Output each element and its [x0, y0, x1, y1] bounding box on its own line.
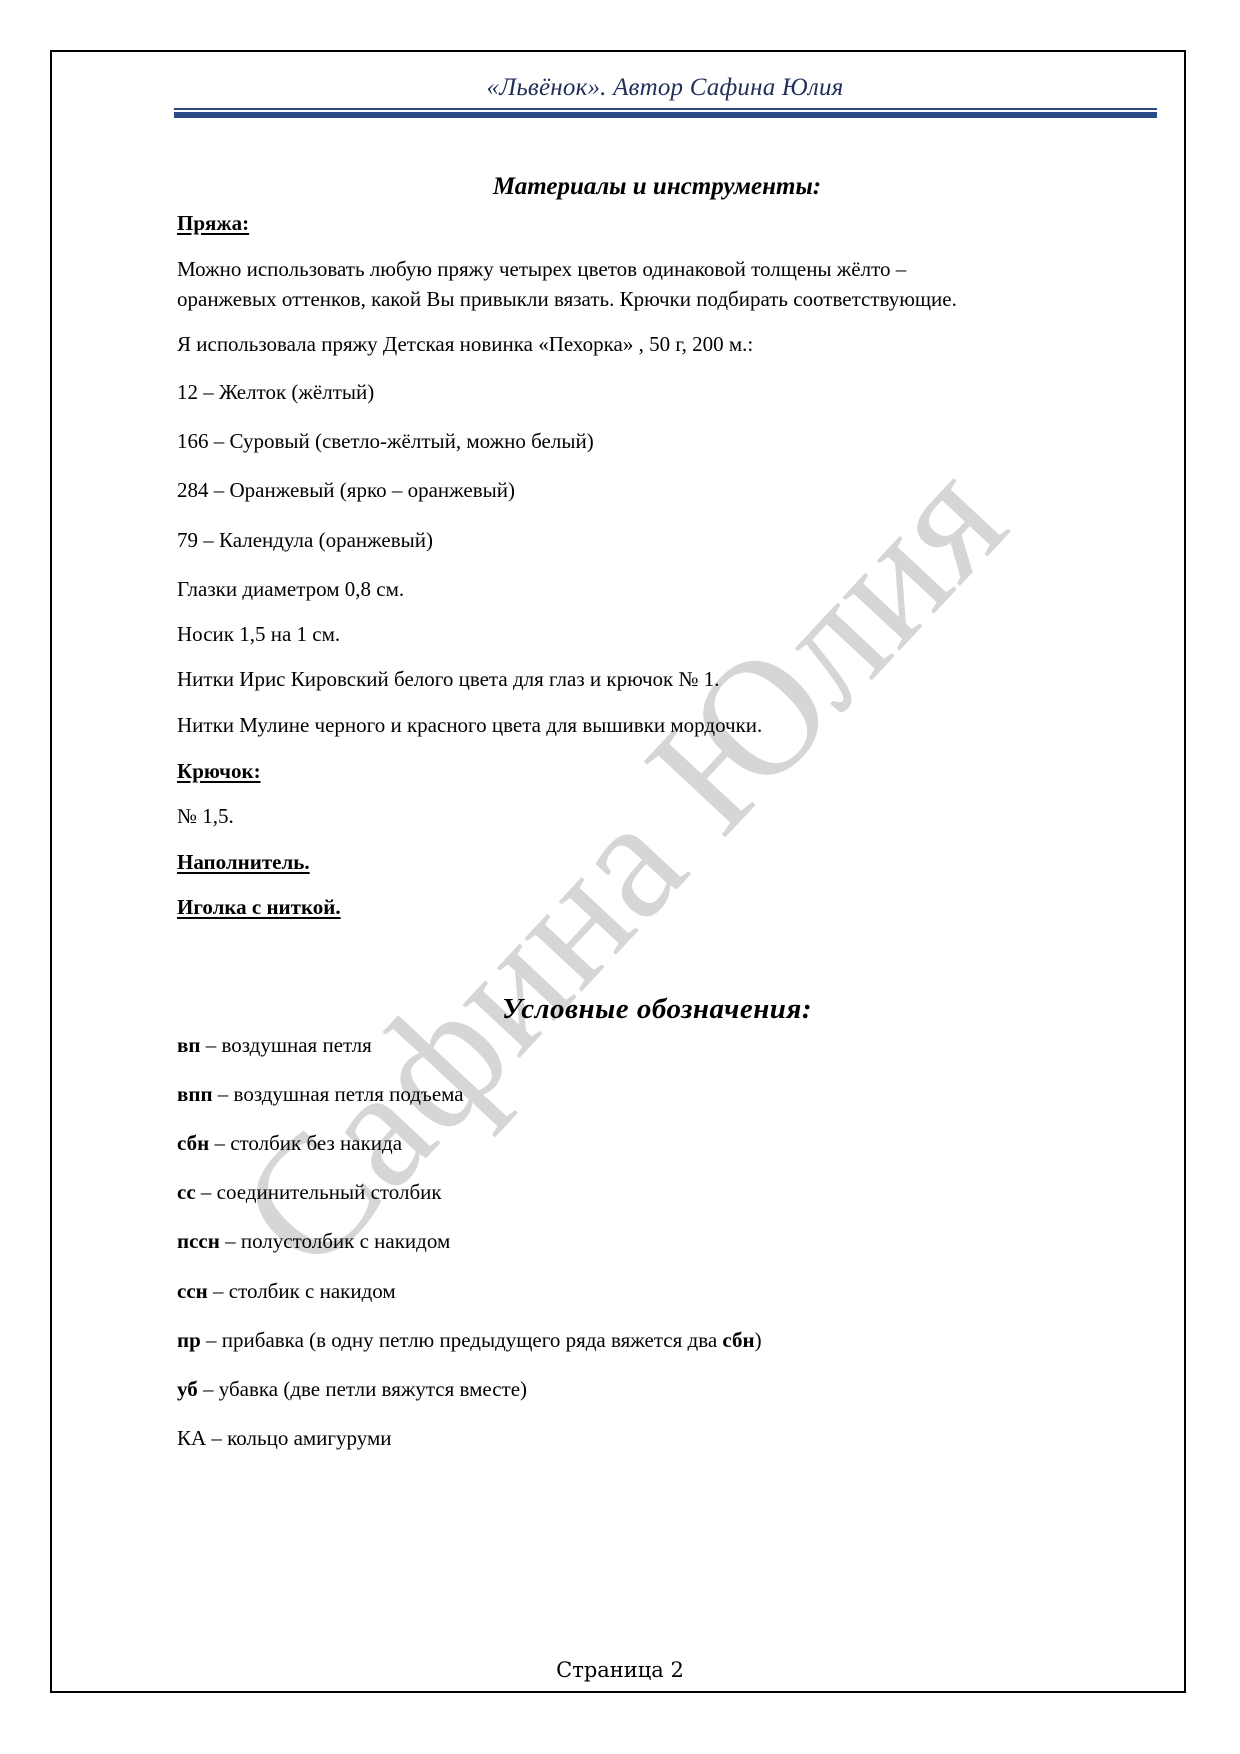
legend-desc: – полустолбик с накидом [220, 1229, 450, 1253]
legend-abbr: сс [177, 1180, 196, 1204]
legend-item: впп – воздушная петля подъема [177, 1082, 464, 1107]
legend-item: ссн – столбик с накидом [177, 1279, 396, 1304]
legend-abbr: вп [177, 1033, 200, 1057]
legend-desc: – столбик с накидом [208, 1279, 396, 1303]
needle-heading: Иголка с ниткой. [177, 895, 341, 920]
legend-item: КА – кольцо амигуруми [177, 1426, 392, 1451]
yarn-heading: Пряжа: [177, 211, 249, 236]
yarn-intro-line-2: оранжевых оттенков, какой Вы привыкли вя… [177, 287, 957, 312]
eyes-spec: Глазки диаметром 0,8 см. [177, 577, 404, 602]
legend-abbr: ссн [177, 1279, 208, 1303]
legend-desc: – воздушная петля подъема [213, 1082, 464, 1106]
legend-desc-tail: ) [755, 1328, 762, 1352]
yarn-color-item: 79 – Календула (оранжевый) [177, 528, 433, 553]
header-rule [174, 108, 1157, 110]
legend-item: сбн – столбик без накида [177, 1131, 402, 1156]
legend-item: уб – убавка (две петли вяжутся вместе) [177, 1377, 527, 1402]
yarn-color-item: 166 – Суровый (светло-жёлтый, можно белы… [177, 429, 594, 454]
legend-abbr: уб [177, 1377, 198, 1401]
yarn-intro-line-1: Можно использовать любую пряжу четырех ц… [177, 257, 906, 282]
legend-desc: – столбик без накида [209, 1131, 402, 1155]
legend-abbr: сбн [177, 1131, 209, 1155]
legend-item: сс – соединительный столбик [177, 1180, 442, 1205]
legend-item: вп – воздушная петля [177, 1033, 372, 1058]
legend-desc: – прибавка (в одну петлю предыдущего ряд… [201, 1328, 723, 1352]
legend-desc-bold: сбн [722, 1328, 754, 1352]
legend-title: Условные обозначения: [177, 993, 1137, 1026]
yarn-color-item: 12 – Желток (жёлтый) [177, 380, 374, 405]
hook-value: № 1,5. [177, 804, 234, 829]
thread-iris: Нитки Ирис Кировский белого цвета для гл… [177, 667, 720, 692]
page-number: Страница 2 [0, 1658, 1240, 1682]
filler-heading: Наполнитель. [177, 850, 310, 875]
document-header-title: «Львёнок». Автор Сафина Юлия [175, 74, 1155, 102]
legend-desc: КА – кольцо амигуруми [177, 1426, 392, 1450]
header-rule-thick [174, 112, 1157, 118]
hook-heading: Крючок: [177, 759, 261, 784]
yarn-color-item: 284 – Оранжевый (ярко – оранжевый) [177, 478, 515, 503]
legend-item: пр – прибавка (в одну петлю предыдущего … [177, 1328, 762, 1353]
nose-spec: Носик 1,5 на 1 см. [177, 622, 340, 647]
legend-abbr: впп [177, 1082, 213, 1106]
yarn-used: Я использовала пряжу Детская новинка «Пе… [177, 332, 753, 357]
legend-desc: – воздушная петля [200, 1033, 371, 1057]
legend-abbr: пссн [177, 1229, 220, 1253]
legend-item: пссн – полустолбик с накидом [177, 1229, 450, 1254]
thread-muline: Нитки Мулине черного и красного цвета дл… [177, 713, 762, 738]
materials-title: Материалы и инструменты: [177, 173, 1137, 201]
legend-desc: – соединительный столбик [196, 1180, 442, 1204]
legend-desc: – убавка (две петли вяжутся вместе) [198, 1377, 527, 1401]
legend-abbr: пр [177, 1328, 201, 1352]
